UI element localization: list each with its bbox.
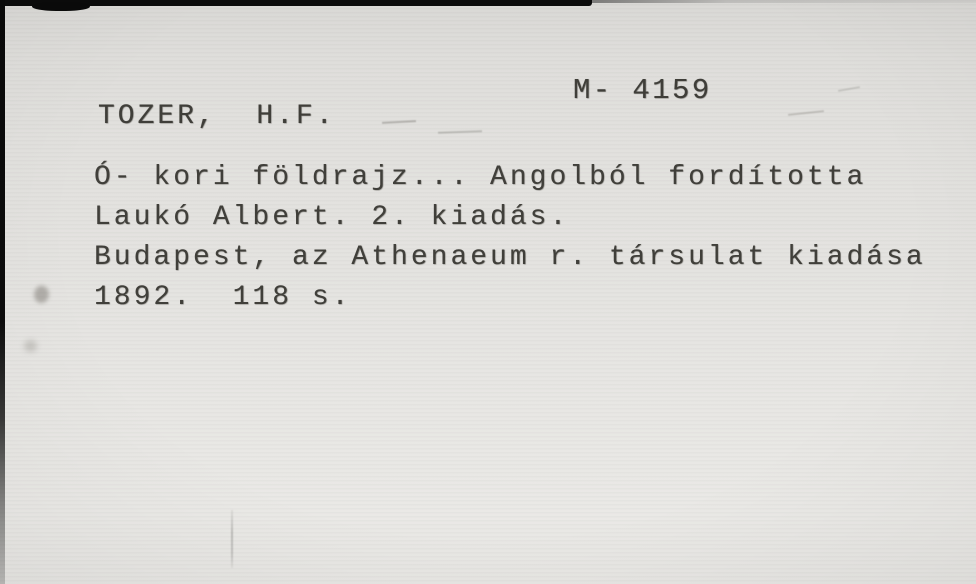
ink-smudge [24,340,37,352]
pencil-dash-mark [838,86,860,92]
description-line: 1892. 118 s. [94,278,926,318]
ink-smudge [31,284,52,306]
description-line: Laukó Albert. 2. kiadás. [94,198,926,238]
call-number: M- 4159 [573,74,712,107]
top-edge-ink-blob [32,2,90,11]
top-edge-faint-shadow [560,0,976,3]
description-line: Budapest, az Athenaeum r. társulat kiadá… [94,238,926,278]
description-block: Ó- kori földrajz... Angolból fordította … [94,158,926,318]
left-edge-shadow [0,0,5,584]
author-heading: TOZER, H.F. [98,101,336,132]
catalog-card-scan: TOZER, H.F. M- 4159 Ó- kori földrajz... … [0,0,976,584]
punch-hole-line [231,510,233,568]
pencil-dash-mark [438,130,482,134]
pencil-dash-mark [382,120,416,124]
pencil-dash-mark [788,110,824,116]
description-line: Ó- kori földrajz... Angolból fordította [94,158,926,198]
